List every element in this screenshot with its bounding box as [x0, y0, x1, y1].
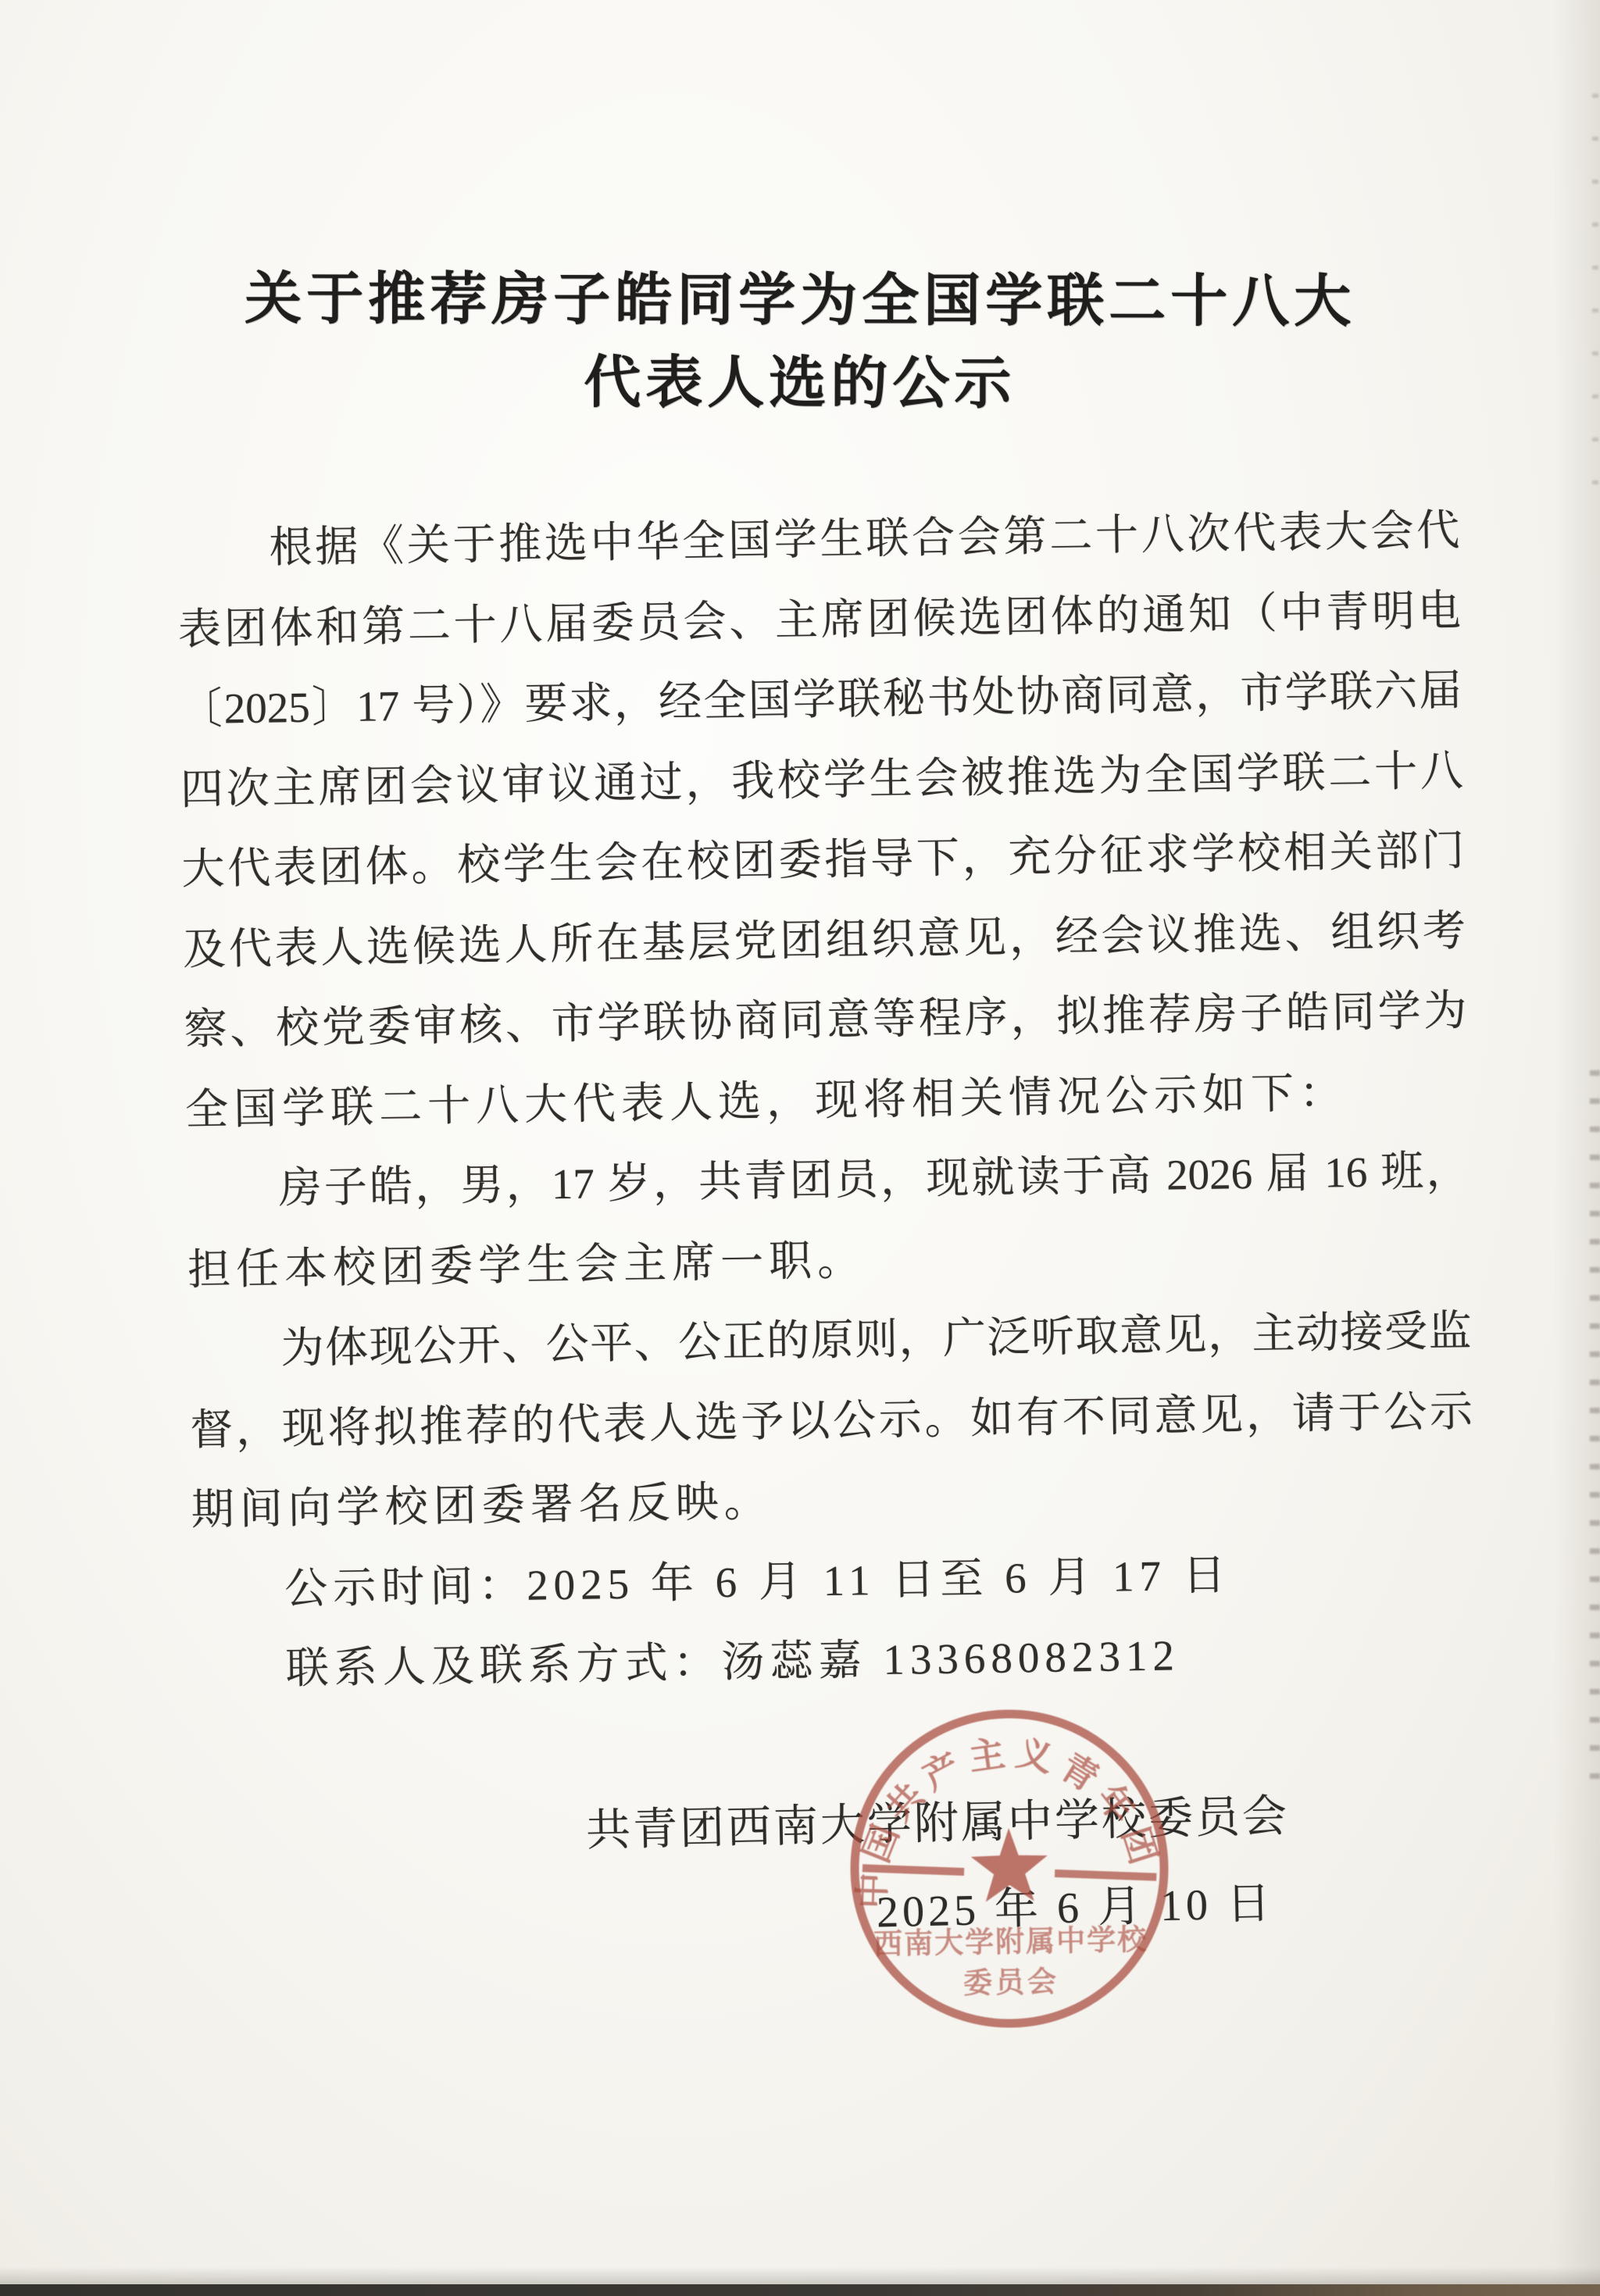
signature-line: 共青团西南大学附属中学校委员会 — [585, 1790, 1289, 1859]
document-body: 根据《关于推选中华全国学生联合会第二十八次代表大会代 表团体和第二十八届委员会、… — [177, 491, 1477, 1711]
seal-name-line-2: 委员会 — [963, 1966, 1060, 2000]
seal-ring — [852, 1712, 1167, 2026]
document-title-line-1: 关于推荐房子皓同学为全国学联二十八大 — [0, 257, 1600, 344]
scan-right-vignette — [1553, 0, 1600, 2296]
scan-bottom-shadow — [0, 2267, 1600, 2284]
date-line: 2025 年 6 月 10 日 — [876, 1877, 1244, 1941]
official-seal: 中国共产主义青年团 西南大学附属中学校 委员会 — [842, 1701, 1176, 2035]
scanned-document-page: 关于推荐房子皓同学为全国学联二十八大 代表人选的公示 根据《关于推选中华全国学生… — [0, 0, 1600, 2296]
document-title-line-2: 代表人选的公示 — [0, 340, 1600, 427]
document-title: 关于推荐房子皓同学为全国学联二十八大 代表人选的公示 — [0, 257, 1600, 427]
seal-right-bar — [1055, 1872, 1156, 1879]
scan-bottom-edge — [0, 2284, 1600, 2296]
seal-left-bar — [862, 1866, 964, 1873]
